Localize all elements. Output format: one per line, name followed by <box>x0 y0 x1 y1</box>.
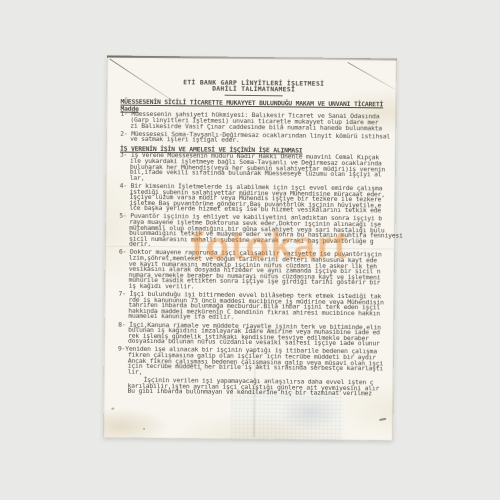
closing-paragraph: İşçinin verilen işi yapamayacağı anlaşıl… <box>117 378 383 398</box>
photo-background: ETİ BANK GARP LİNYİTLERİ İŞLETMESİ DAHİL… <box>0 0 500 500</box>
article-7: 7- İşçi bulunduğu işi bitirmeden evvel b… <box>118 292 384 323</box>
typewritten-text: ETİ BANK GARP LİNYİTLERİ İŞLETMESİ DAHİL… <box>117 80 386 397</box>
articles-section-2: 3- İş Verene Müessesenin müdürü Nadir Ha… <box>118 153 386 378</box>
pen-mark <box>379 418 386 421</box>
article-2: 2- Müessesesi Soma-Tavşanlı-Değirmesaz o… <box>120 131 386 145</box>
article-4: 4- Bir kimsenin İşletmelerde iş alabilme… <box>119 184 385 215</box>
document-page: ETİ BANK GARP LİNYİTLERİ İŞLETMESİ DAHİL… <box>103 55 397 440</box>
article-6: 6- Doktor muayene raporunda işçi çalışab… <box>119 250 385 292</box>
doc-line: Bu gibi ihbarda bulunmayan ve kendilerin… <box>127 389 383 397</box>
article-5: 5- Puvantör işçinin iş ehliyet ve kabili… <box>119 214 385 250</box>
article-8: 8- İşçi,Kanuna riamale ve müddete riayet… <box>118 322 384 347</box>
ink-bleedthrough <box>279 395 341 430</box>
article-3: 3- İş Verene Müessesenin müdürü Nadir Ha… <box>120 153 386 184</box>
title-divider-rule <box>225 95 283 97</box>
speck-mark <box>111 408 114 410</box>
article-9: 9-Yeniden işe alınacak bir işçinin yaptı… <box>118 347 384 378</box>
article-1: 1- Müessesenin şahsiyeti hükmiyesi: Balı… <box>120 112 386 132</box>
speck-mark <box>143 428 145 430</box>
articles-section-1: 1- Müessesenin şahsiyeti hükmiyesi: Balı… <box>120 112 386 145</box>
